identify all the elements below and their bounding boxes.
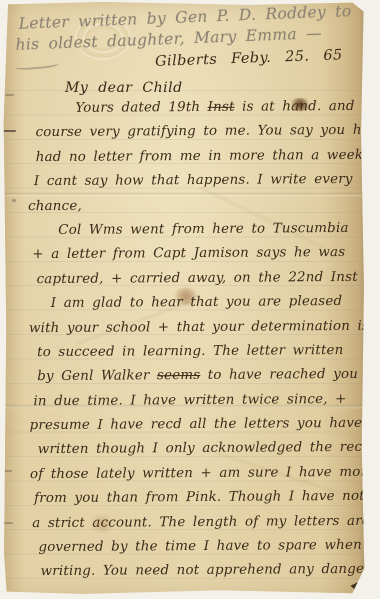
line-text: + a letter from Capt Jamison says he was bbox=[32, 245, 345, 262]
letter-line: from you than from Pink. Though I have n… bbox=[34, 485, 366, 512]
pencil-margin-mark bbox=[3, 130, 16, 132]
line-text: of those lately written + am sure I have… bbox=[30, 465, 375, 482]
line-text: Col Wms went from here to Tuscumbia bbox=[58, 221, 348, 238]
letter-line: governed by the time I have to spare whe… bbox=[38, 534, 366, 561]
letter-dateline: Gilberts Feby. 25. 65 bbox=[155, 46, 375, 70]
line-text: with your school + that your determinati… bbox=[29, 318, 369, 335]
letter-line: writing. You need not apprehend any dang… bbox=[41, 558, 367, 585]
line-text: to have reached you bbox=[200, 367, 358, 383]
line-text: course very gratifying to me. You say yo… bbox=[35, 123, 378, 140]
line-text: from you than from Pink. Though I have n… bbox=[34, 489, 380, 507]
pencil-margin-mark bbox=[4, 470, 12, 472]
letter-line: to succeed in learning. The letter writt… bbox=[37, 339, 365, 366]
line-text: a strict account. The length of my lette… bbox=[32, 513, 370, 530]
letter-line: + a letter from Capt Jamison says he was bbox=[32, 241, 364, 268]
line-text: in due time. I have written twice since,… bbox=[33, 392, 346, 409]
letter-line: chance, bbox=[28, 192, 364, 219]
struck-word: Inst bbox=[208, 100, 235, 115]
line-text: writing. You need not apprehend any dang… bbox=[41, 562, 371, 579]
letter-line: a strict account. The length of my lette… bbox=[32, 509, 366, 536]
line-text: presume I have recd all the letters you … bbox=[30, 416, 363, 433]
line-text: chance, bbox=[28, 198, 82, 213]
letter-body: Yours dated 19th Inst is at hand. and of… bbox=[27, 95, 366, 585]
line-text: to succeed in learning. The letter writt… bbox=[37, 343, 343, 360]
pencil-margin-mark bbox=[12, 199, 16, 202]
line-text: is at hand. and of bbox=[235, 99, 376, 115]
pencil-squiggle-mark bbox=[15, 58, 60, 71]
line-text: Yours dated 19th bbox=[75, 100, 207, 116]
line-text: had no letter from me in more than a wee… bbox=[36, 148, 364, 165]
letter-line: written though I only acknowledged the r… bbox=[38, 436, 366, 463]
letter-salutation: My dear Child bbox=[65, 80, 183, 96]
pencil-margin-mark bbox=[3, 522, 13, 524]
line-text: I cant say how that happens. I write eve… bbox=[34, 172, 353, 189]
letter-scan: Letter written by Gen P. D. Roddey to hi… bbox=[0, 0, 380, 599]
letter-line: presume I have recd all the letters you … bbox=[30, 412, 366, 439]
letter-line: had no letter from me in more than a wee… bbox=[36, 144, 364, 171]
pencil-margin-mark bbox=[5, 94, 14, 96]
letter-line: in due time. I have written twice since,… bbox=[33, 388, 365, 415]
letter-paper: Letter written by Gen P. D. Roddey to hi… bbox=[3, 2, 365, 595]
line-text: captured, + carried away, on the 22nd In… bbox=[37, 270, 358, 287]
line-text: I am glad to hear that you are pleased bbox=[51, 294, 343, 311]
letter-line: I am glad to hear that you are pleased bbox=[51, 290, 365, 317]
letter-line: Col Wms went from here to Tuscumbia bbox=[58, 217, 364, 244]
letter-line: of those lately written + am sure I have… bbox=[30, 461, 366, 488]
line-text: by Genl Walker bbox=[37, 369, 157, 385]
struck-word: seems bbox=[157, 368, 200, 383]
line-text: governed by the time I have to spare whe… bbox=[38, 538, 362, 555]
letter-line: with your school + that your determinati… bbox=[29, 314, 365, 341]
letter-line: captured, + carried away, on the 22nd In… bbox=[36, 266, 364, 293]
letter-line: I cant say how that happens. I write eve… bbox=[34, 168, 364, 195]
letter-line: Yours dated 19th Inst is at hand. and of bbox=[75, 95, 363, 121]
line-text: written though I only acknowledged the r… bbox=[38, 440, 377, 457]
letter-line: course very gratifying to me. You say yo… bbox=[35, 119, 363, 146]
letter-line: by Genl Walker seems to have reached you bbox=[37, 363, 365, 390]
